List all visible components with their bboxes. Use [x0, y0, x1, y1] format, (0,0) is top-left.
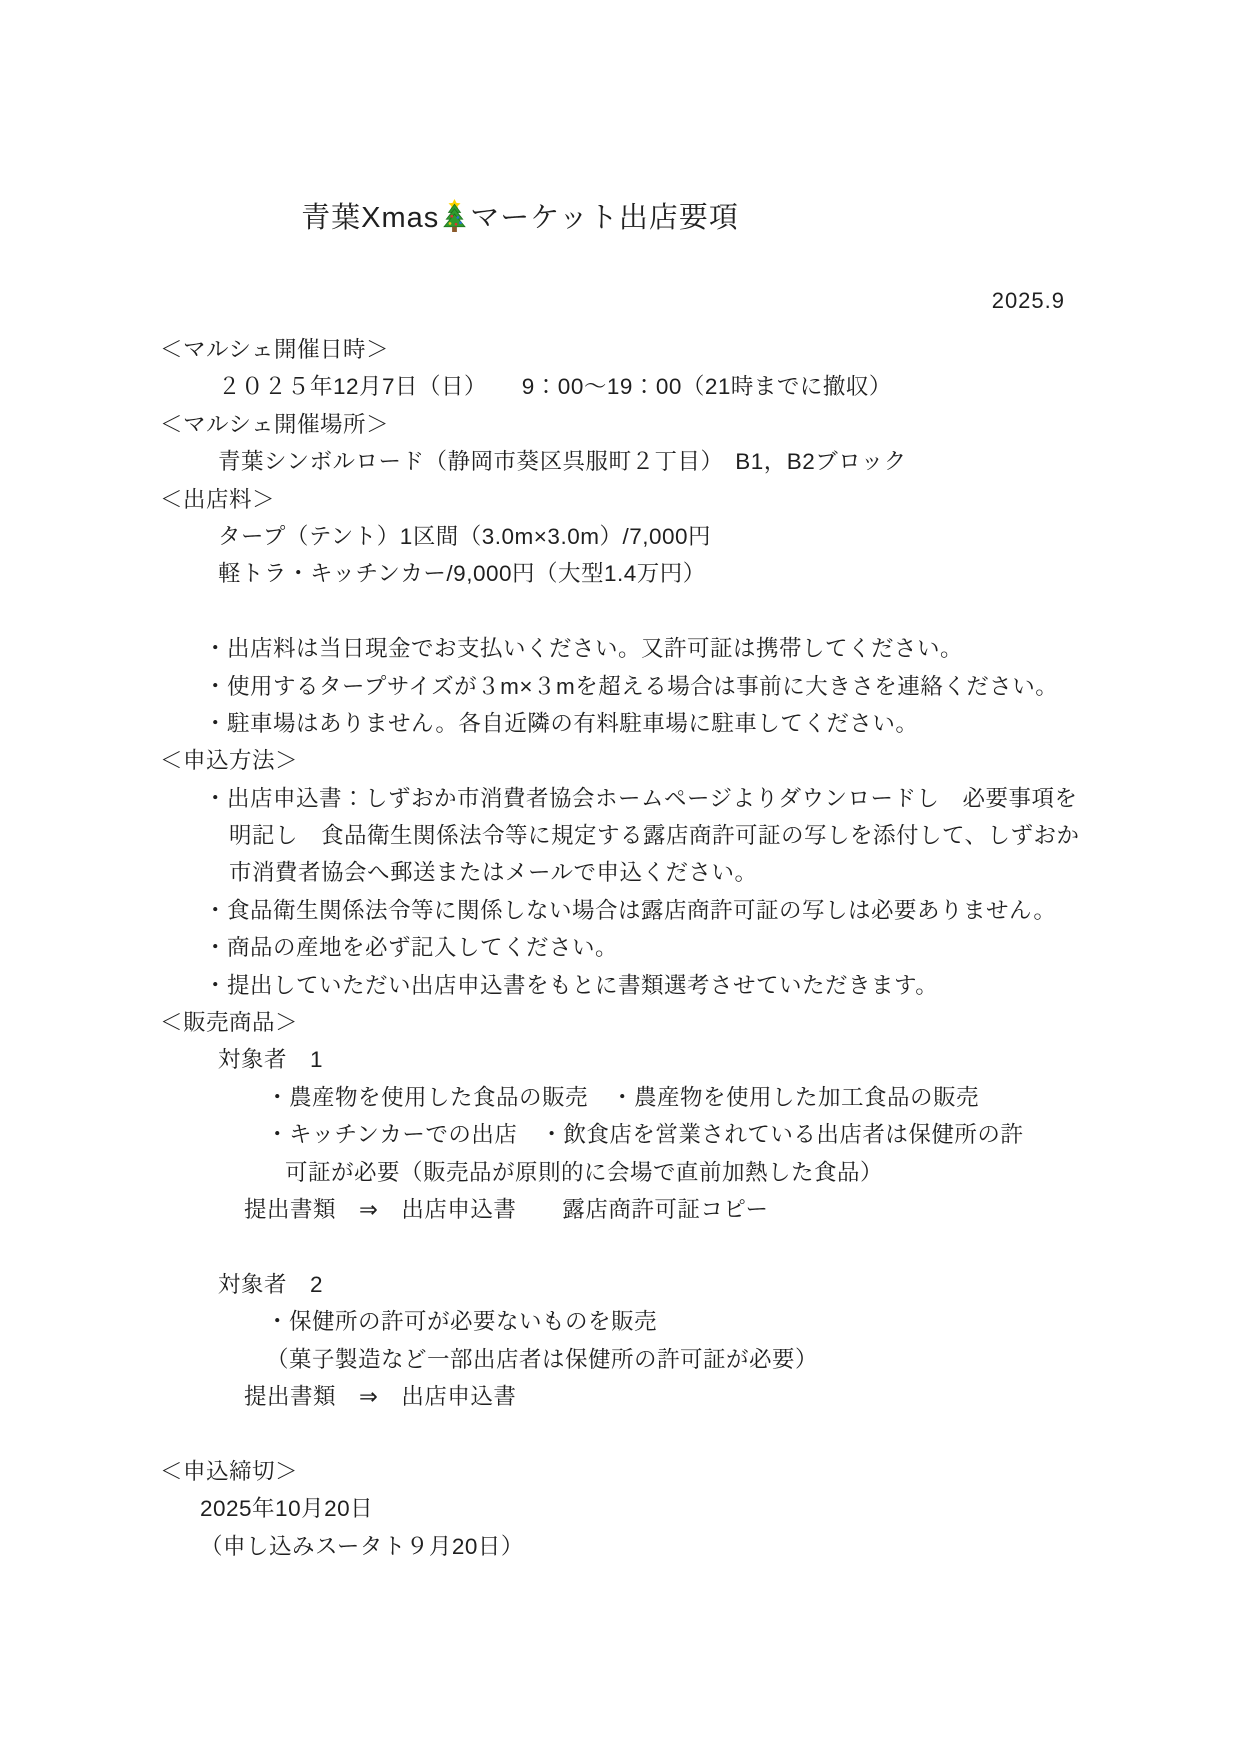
- spacer: [160, 1228, 1141, 1265]
- application-step3: ・商品の産地を必ず記入してください。: [204, 929, 1141, 966]
- products-heading: ＜販売商品＞: [160, 1004, 1141, 1041]
- application-step4: ・提出していただい出店申込書をもとに書類選考させていただきます。: [204, 967, 1141, 1004]
- application-step2: ・食品衛生関係法令等に関係しない場合は露店商許可証の写しは必要ありません。: [204, 892, 1141, 929]
- deadline-start: （申し込みスータト９月20日）: [200, 1528, 1141, 1565]
- document-body: ＜マルシェ開催日時＞ ２０２５年12月7日（日） 9：00～19：00（21時ま…: [160, 331, 1141, 1565]
- target2-documents: 提出書類 ⇒ 出店申込書: [244, 1378, 1141, 1415]
- target1-label: 対象者 1: [218, 1041, 1141, 1078]
- schedule-heading: ＜マルシェ開催日時＞: [160, 331, 1141, 368]
- venue-heading: ＜マルシェ開催場所＞: [160, 406, 1141, 443]
- note-payment: ・出店料は当日現金でお支払いください。又許可証は携帯してください。: [204, 630, 1141, 667]
- application-heading: ＜申込方法＞: [160, 742, 1141, 779]
- document-page: 青葉Xmas マーケット出店要項 2025.9 ＜マルシェ開催日時＞ ２０２５年…: [0, 0, 1241, 1754]
- target2-label: 対象者 2: [218, 1266, 1141, 1303]
- note-parking: ・駐車場はありません。各自近隣の有料駐車場に駐車してください。: [204, 705, 1141, 742]
- fee-tarp: タープ（テント）1区間（3.0m×3.0m）/7,000円: [218, 518, 1141, 555]
- page-title: 青葉Xmas マーケット出店要項: [160, 196, 880, 240]
- application-step1-line2: 明記し 食品衛生関係法令等に規定する露店商許可証の写しを添付して、しずおか: [229, 817, 1141, 854]
- fee-truck: 軽トラ・キッチンカー/9,000円（大型1.4万円）: [218, 555, 1141, 592]
- target2-item1: ・保健所の許可が必要ないものを販売: [266, 1303, 1141, 1340]
- title-text-before: 青葉Xmas: [301, 202, 439, 234]
- target1-documents: 提出書類 ⇒ 出店申込書 露店商許可証コピー: [244, 1191, 1141, 1228]
- deadline-heading: ＜申込締切＞: [160, 1453, 1141, 1490]
- application-step1-line3: 市消費者協会へ郵送またはメールで申込ください。: [229, 854, 1141, 891]
- fees-heading: ＜出店料＞: [160, 481, 1141, 518]
- target1-item2-line1: ・キッチンカーでの出店 ・飲食店を営業されている出店者は保健所の許: [266, 1116, 1141, 1153]
- application-step1-line1: ・出店申込書：しずおか市消費者協会ホームページよりダウンロードし 必要事項を: [204, 780, 1141, 817]
- spacer: [160, 1415, 1141, 1452]
- venue-location: 青葉シンボルロード（静岡市葵区呉服町２丁目） B1，B2ブロック: [218, 443, 1141, 480]
- note-tarp-size: ・使用するタープサイズが３m×３mを超える場合は事前に大きさを連絡ください。: [204, 668, 1141, 705]
- deadline-date: 2025年10月20日: [200, 1490, 1141, 1527]
- revision-date: 2025.9: [160, 286, 1065, 316]
- target2-item2: （菓子製造など一部出店者は保健所の許可証が必要）: [266, 1341, 1141, 1378]
- target1-item2-line2: 可証が必要（販売品が原則的に会場で直前加熱した食品）: [285, 1154, 1141, 1191]
- schedule-datetime: ２０２５年12月7日（日） 9：00～19：00（21時までに撤収）: [218, 368, 1141, 405]
- target1-item1: ・農産物を使用した食品の販売 ・農産物を使用した加工食品の販売: [266, 1079, 1141, 1116]
- spacer: [160, 593, 1141, 630]
- title-text-after: マーケット出店要項: [470, 202, 739, 234]
- christmas-tree-icon: [441, 199, 468, 232]
